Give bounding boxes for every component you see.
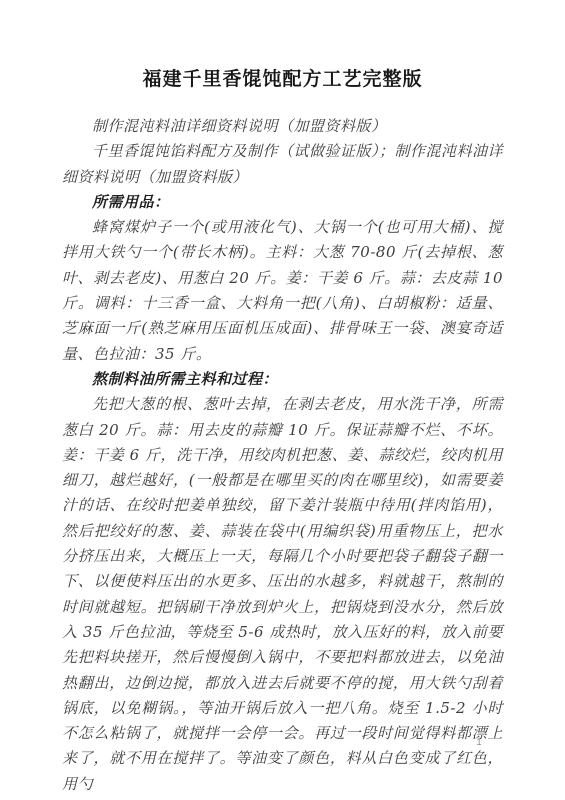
paragraph-supplies: 蜂窝煤炉子一个(或用液化气)、大锅一个(也可用大桶)、搅拌用大铁勺一个(带长木柄… <box>62 215 503 367</box>
paragraph-process: 先把大葱的根、葱叶去掉，在剥去老皮，用水洗干净，所需葱白 20 斤。蒜：用去皮的… <box>62 392 503 797</box>
section-heading-process: 熬制料油所需主料和过程： <box>62 367 503 392</box>
page-number: 1 <box>472 737 486 747</box>
document-page: 福建千里香馄饨配方工艺完整版 制作混沌料油详细资料说明（加盟资料版） 千里香馄饨… <box>0 0 565 800</box>
document-content: 福建千里香馄饨配方工艺完整版 制作混沌料油详细资料说明（加盟资料版） 千里香馄饨… <box>0 0 565 797</box>
paragraph-intro-1: 制作混沌料油详细资料说明（加盟资料版） <box>62 114 503 139</box>
paragraph-intro-2: 千里香馄饨馅料配方及制作（试做验证版）；制作混沌料油详细资料说明（加盟资料版） <box>62 139 503 190</box>
document-title: 福建千里香馄饨配方工艺完整版 <box>62 66 503 92</box>
section-heading-supplies: 所需用品： <box>62 190 503 215</box>
